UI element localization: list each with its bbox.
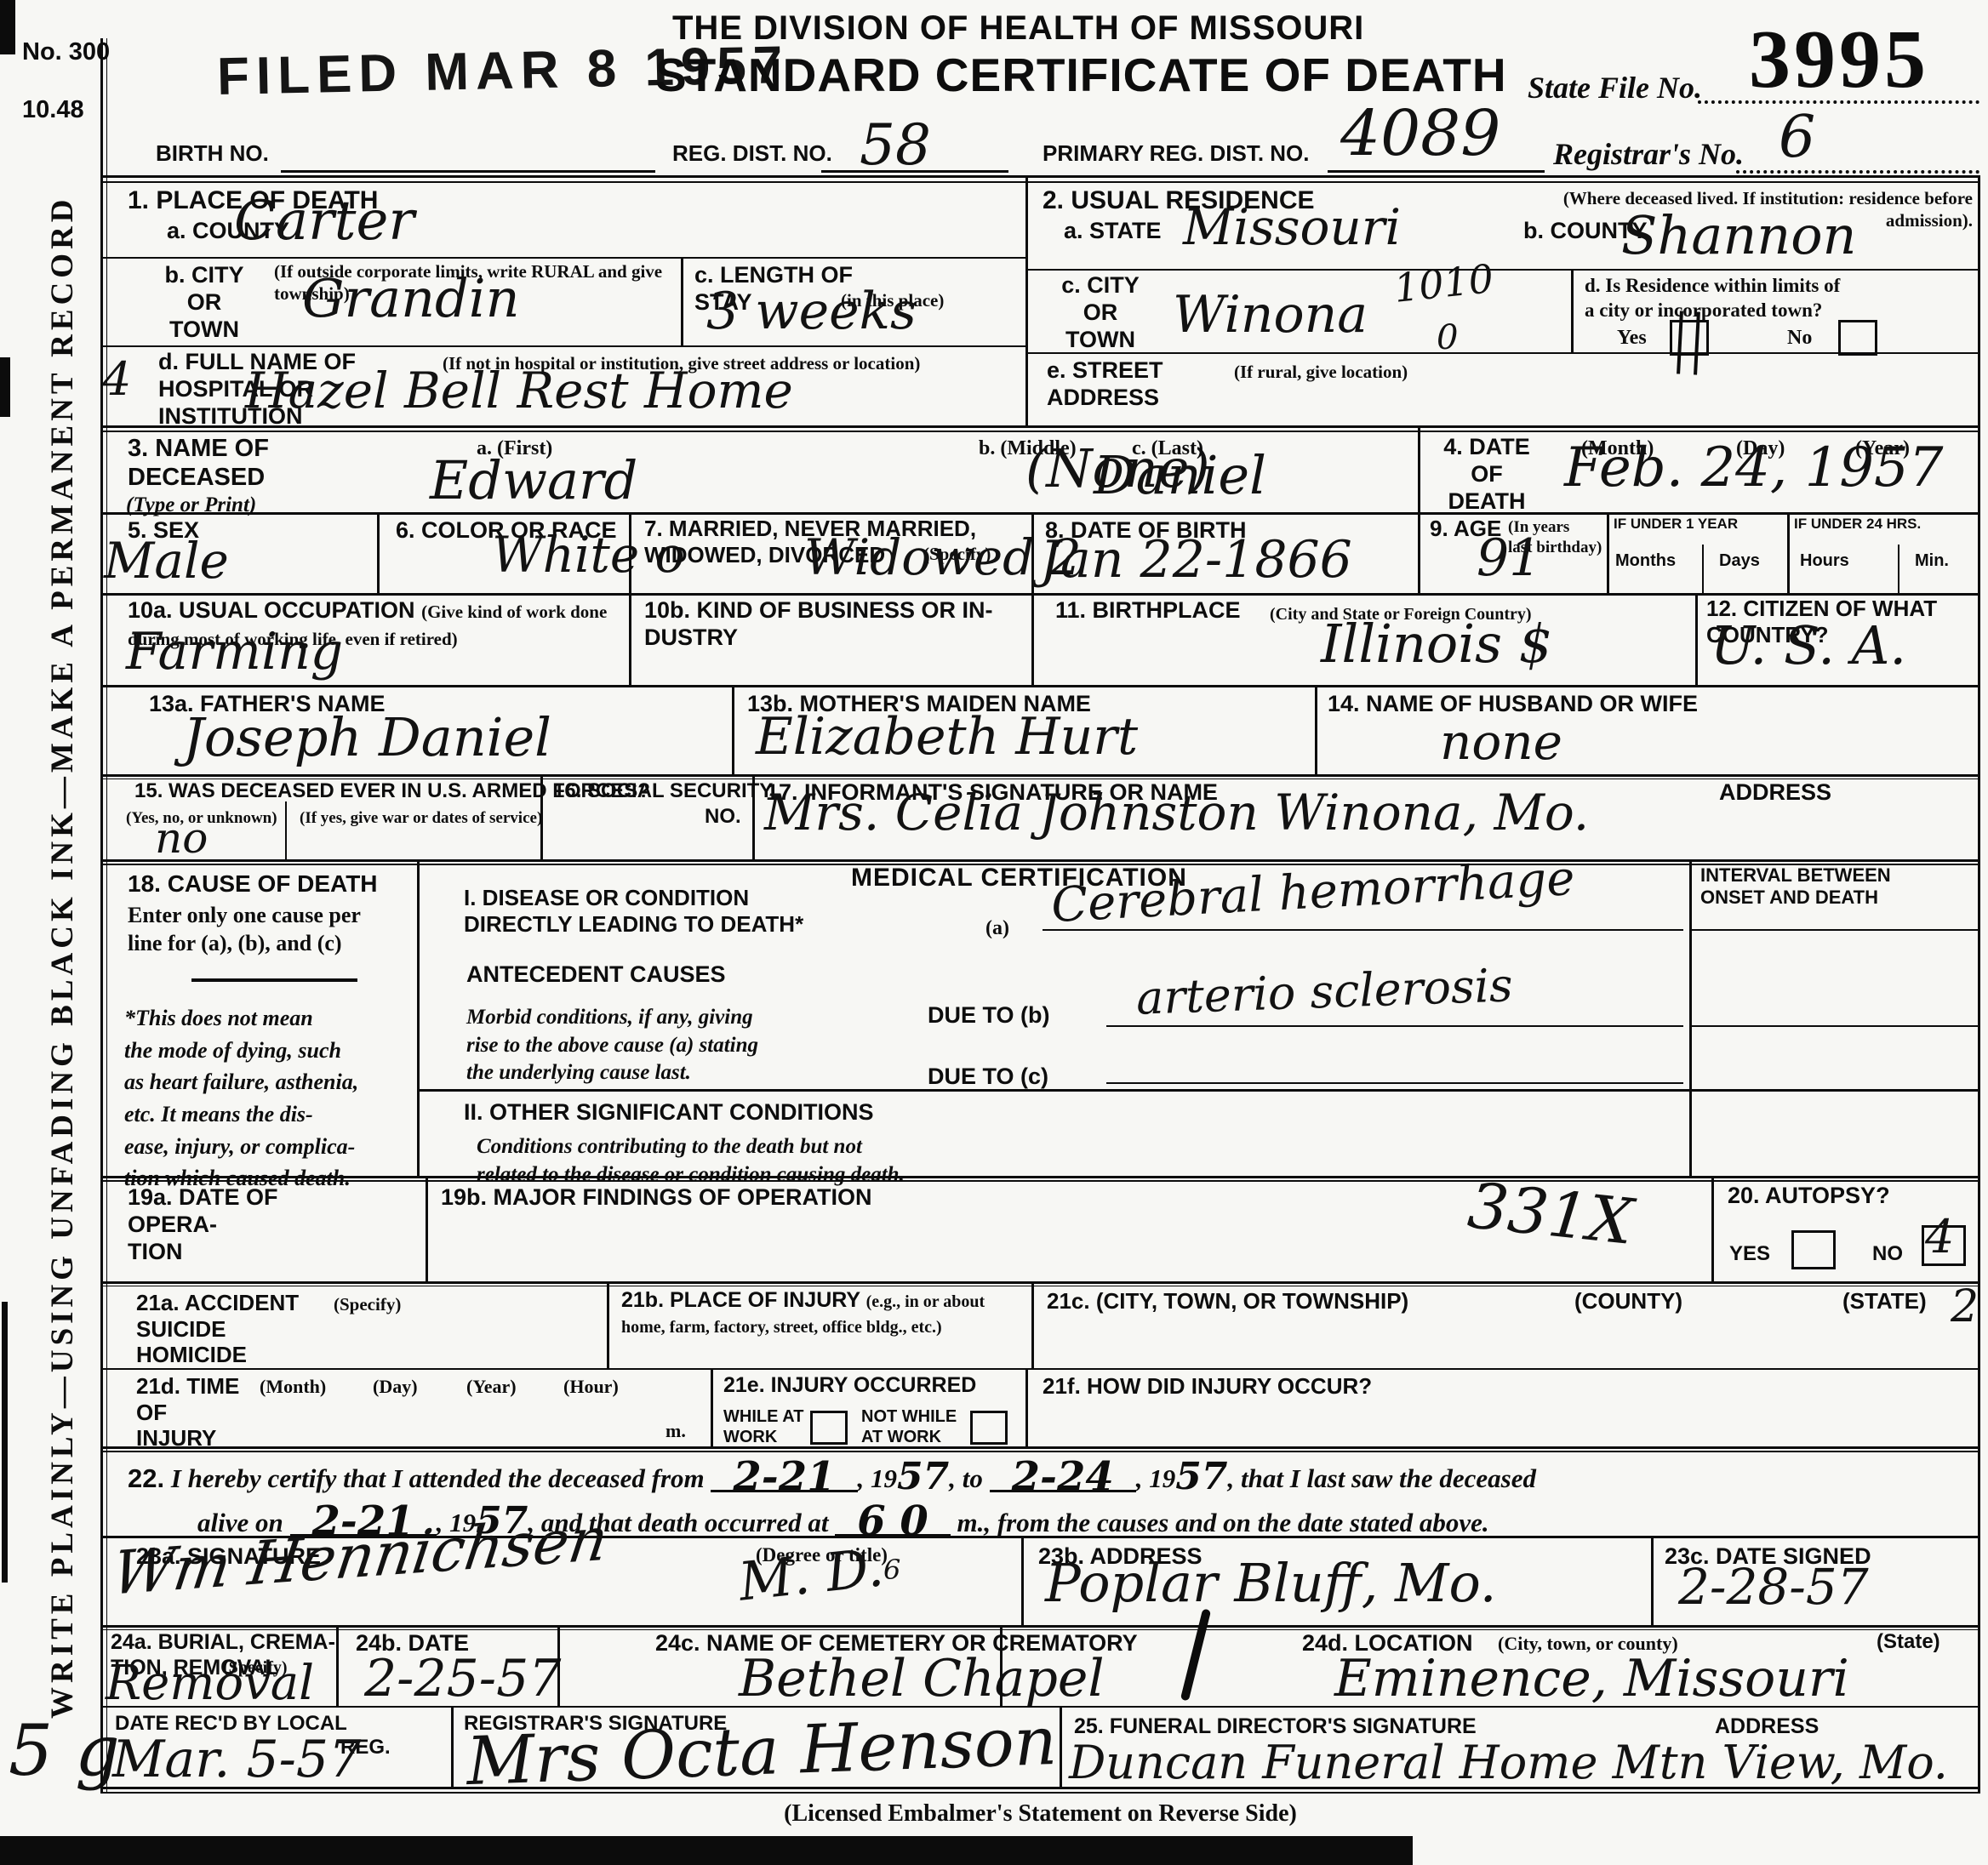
cause-instruction2: *This does not mean the mode of dying, s…	[124, 1002, 358, 1195]
divider	[540, 774, 543, 859]
cert-t2: , 19	[858, 1463, 898, 1493]
physician-signature: Wm Hennichsen	[109, 1510, 611, 1602]
registrar-no-line	[1736, 170, 1979, 174]
divider	[1031, 1281, 1034, 1368]
divider	[1315, 685, 1317, 774]
while-at-work-label: WHILE AT WORK	[723, 1407, 803, 1447]
reg-dist-line	[821, 170, 1008, 173]
citizen-value: U. S. A.	[1711, 621, 1906, 671]
form-code: 10.48	[22, 95, 84, 124]
divider	[1418, 512, 1420, 593]
business-label: 10b. KIND OF BUSINESS OR IN- DUSTRY	[644, 597, 1027, 652]
autopsy-no-label: NO	[1872, 1242, 1903, 1266]
divider	[1787, 512, 1790, 593]
injury-county-label: (COUNTY)	[1574, 1288, 1682, 1315]
cert-t3: , to	[949, 1463, 983, 1493]
divider	[681, 257, 683, 345]
date-signed-value: 2-28-57	[1678, 1564, 1869, 1611]
divider	[1607, 512, 1609, 593]
residence-city-note2: 0	[1437, 322, 1458, 354]
due-c-label: DUE TO (c)	[928, 1064, 1048, 1091]
due-b-line	[1106, 1025, 1683, 1027]
date-of-death-label: 4. DATE OF DEATH	[1423, 434, 1551, 516]
residence-no-checkbox	[1838, 320, 1877, 356]
rule	[100, 345, 1025, 347]
rule	[100, 431, 1980, 432]
death-certificate-scan: No. 300 10.48 WRITE PLAINLY—USING UNFADI…	[0, 0, 1988, 1865]
not-while-at-work-label: NOT WHILE AT WORK	[861, 1407, 957, 1447]
division-title: THE DIVISION OF HEALTH OF MISSOURI	[672, 9, 1364, 48]
rule	[100, 425, 1980, 428]
rule	[1025, 352, 1979, 354]
hours-label: Hours	[1800, 551, 1849, 572]
dob-value: Jan 22-1866	[1040, 536, 1352, 585]
cert-no: 22.	[128, 1463, 164, 1493]
accident-label: 21a. ACCIDENT SUICIDE HOMICIDE	[136, 1290, 315, 1368]
father-value: Joseph Daniel	[183, 713, 551, 763]
how-injury-label: 21f. HOW DID INJURY OCCUR?	[1043, 1373, 1372, 1400]
deceased-name-hint: (Type or Print)	[126, 492, 256, 520]
burial-type-value: Removal	[106, 1661, 314, 1706]
rule	[100, 685, 1980, 687]
months-label: Months	[1615, 551, 1676, 572]
registrar-sig-value: Mrs Octa Henson	[466, 1710, 1058, 1794]
divider	[1711, 1176, 1714, 1281]
birth-no-label: BIRTH NO.	[156, 140, 269, 167]
footer-note: (Licensed Embalmer's Statement on Revers…	[100, 1799, 1980, 1828]
autopsy-no-mark: 4	[1925, 1215, 1954, 1258]
residence-yes-label: Yes	[1617, 325, 1647, 351]
burial-location-state-label: (State)	[1877, 1630, 1940, 1654]
interval-line	[1689, 1025, 1979, 1027]
stay-value: 3 weeks	[706, 288, 917, 336]
divider	[629, 512, 631, 593]
divider	[711, 1368, 713, 1446]
birthplace-label: 11. BIRTHPLACE	[1055, 597, 1241, 625]
cert-t4: , 19	[1136, 1463, 1176, 1493]
cert-t5: , that I last saw the deceased	[1227, 1463, 1536, 1493]
rule	[100, 859, 1980, 862]
rule	[100, 1286, 1980, 1286]
birthplace-value: Illinois $	[1321, 619, 1552, 670]
divider	[451, 1706, 454, 1787]
interval-label: INTERVAL BETWEEN ONSET AND DEATH	[1700, 864, 1891, 909]
divider	[1689, 859, 1692, 1176]
divider	[607, 1281, 609, 1368]
injury-city-label: 21c. (CITY, TOWN, OR TOWNSHIP)	[1047, 1288, 1408, 1315]
operation-date-label: 19a. DATE OF OPERA- TION	[128, 1184, 357, 1266]
form-right-border	[1978, 175, 1980, 1792]
mother-value: Elizabeth Hurt	[756, 713, 1138, 761]
injury-place-label: 21b. PLACE OF INJURY (e.g., in or about …	[621, 1288, 1030, 1338]
rule	[100, 1625, 1980, 1628]
birth-no-line	[281, 170, 655, 173]
margin-instruction: WRITE PLAINLY—USING UNFADING BLACK INK—M…	[44, 195, 81, 1719]
rule	[417, 1089, 1979, 1092]
ssn-label: 16. SOCIAL SECURITY	[553, 779, 773, 803]
degree-mark: 6	[883, 1557, 900, 1583]
divider	[1025, 1368, 1028, 1446]
injury-occurred-label: 21e. INJURY OCCURRED	[723, 1373, 976, 1399]
residence-limits-label: d. Is Residence within limits of a city …	[1585, 274, 1840, 323]
cert-to-date: 2-24	[990, 1465, 1136, 1492]
residence-city-label: c. CITY OR TOWN	[1045, 272, 1156, 354]
injury-year-label: (Year)	[466, 1375, 517, 1399]
injury-place-label-text: 21b. PLACE OF INJURY	[621, 1288, 860, 1312]
county-value: Carter	[234, 196, 414, 248]
deceased-name-label: 3. NAME OF DECEASED	[128, 434, 269, 492]
rule	[100, 257, 1025, 259]
registrar-no-label: Registrar's No.	[1553, 136, 1744, 172]
burial-date-value: 2-25-57	[364, 1655, 561, 1703]
first-name-value: Edward	[430, 456, 637, 506]
divider	[1571, 269, 1574, 352]
state-file-number: 3995	[1749, 12, 1929, 107]
primary-reg-value: 4089	[1340, 104, 1500, 163]
divider	[1060, 1706, 1062, 1787]
scan-artifact	[0, 0, 15, 54]
divider	[1031, 512, 1034, 593]
registrar-no-value: 6	[1779, 111, 1815, 166]
physician-degree: M. D.	[736, 1543, 885, 1607]
cert-to-year: 57	[1175, 1466, 1227, 1488]
ssn-label-no: NO.	[705, 805, 741, 829]
cert-from-date: 2-21	[711, 1465, 857, 1492]
rule	[100, 1176, 1980, 1178]
days-label: Days	[1719, 551, 1760, 572]
rule	[100, 774, 1980, 777]
divider	[1418, 427, 1420, 512]
residence-state-value: Missouri	[1183, 204, 1401, 251]
cause-section-label: 18. CAUSE OF DEATH	[128, 870, 378, 898]
city-value: Grandin	[302, 274, 520, 324]
rule	[100, 1792, 1980, 1794]
residence-state-label: a. STATE	[1064, 218, 1162, 245]
primary-reg-line	[1328, 170, 1545, 173]
cert-death-time: 6 0	[835, 1509, 951, 1537]
autopsy-yes-label: YES	[1729, 1242, 1770, 1266]
residence-yes-mark	[1677, 311, 1700, 374]
cert-t1: I hereby certify that I attended the dec…	[171, 1463, 705, 1493]
rule	[100, 512, 1980, 515]
divider	[285, 801, 287, 859]
divider	[629, 593, 631, 685]
divider	[557, 1625, 560, 1706]
divider	[1695, 593, 1698, 685]
funeral-director-value: Duncan Funeral Home Mtn View, Mo.	[1069, 1741, 1948, 1784]
rule	[191, 978, 357, 982]
scan-artifact	[0, 357, 10, 417]
rule	[100, 1451, 1980, 1452]
operation-findings-note: 331X	[1465, 1176, 1636, 1252]
antecedent-label: ANTECEDENT CAUSES	[466, 961, 726, 989]
divider	[732, 685, 734, 774]
due-b-label: DUE TO (b)	[928, 1002, 1050, 1029]
occupation-value: Farming	[126, 628, 343, 676]
autopsy-yes-checkbox	[1791, 1230, 1836, 1269]
date-of-death-value: Feb. 24, 1957	[1564, 442, 1943, 494]
form-left-border-inner	[106, 38, 107, 1792]
injury-state-label: (STATE)	[1842, 1288, 1927, 1315]
armed-forces-hint2: (If yes, give war or dates of service)	[300, 808, 542, 829]
rule	[100, 175, 1980, 178]
interval-line	[1689, 929, 1979, 931]
under24-label: IF UNDER 24 HRS.	[1794, 516, 1921, 533]
divider	[1000, 1625, 1003, 1706]
operation-findings-label: 19b. MAJOR FINDINGS OF OPERATION	[441, 1184, 872, 1212]
injury-hour-label: (Hour)	[563, 1375, 619, 1399]
under1-label: IF UNDER 1 YEAR	[1614, 516, 1738, 533]
divider	[417, 859, 420, 1176]
rule	[100, 1787, 1980, 1789]
injury-month-label: (Month)	[260, 1375, 326, 1399]
reg-dist-label: REG. DIST. NO.	[672, 140, 832, 167]
due-b-value: arterio sclerosis	[1135, 963, 1513, 1020]
divider	[426, 1176, 428, 1281]
disease-sub-label: (a)	[985, 915, 1009, 941]
burial-location-value: Eminence, Missouri	[1334, 1655, 1849, 1703]
age-value: 91	[1477, 534, 1541, 583]
street-hint: (If rural, give location)	[1234, 361, 1408, 383]
street-label: e. STREET ADDRESS	[1047, 357, 1163, 412]
ink-scribble	[1180, 1608, 1211, 1701]
rule	[100, 1281, 1980, 1284]
certification-line1: 22. I hereby certify that I attended the…	[128, 1462, 1536, 1494]
residence-no-label: No	[1787, 325, 1812, 351]
divider	[752, 774, 755, 859]
cemetery-value: Bethel Chapel	[739, 1655, 1105, 1703]
sex-value: Male	[104, 538, 229, 585]
divider	[1021, 1536, 1024, 1625]
injury-m-label: m.	[666, 1419, 686, 1443]
scan-artifact-bottom-bar	[0, 1836, 1413, 1865]
spouse-value: none	[1440, 719, 1562, 766]
not-while-at-work-checkbox	[970, 1411, 1008, 1445]
divider	[1031, 593, 1034, 685]
rule	[100, 181, 1980, 183]
residence-city-value: Winona	[1173, 291, 1368, 339]
armed-forces-value: no	[155, 818, 208, 859]
rule	[100, 1368, 1980, 1370]
while-at-work-checkbox	[810, 1411, 848, 1445]
city-label: b. CITY OR TOWN	[149, 262, 260, 344]
divider	[377, 512, 380, 593]
date-recd-value: Mar. 5-57	[112, 1736, 361, 1784]
cause-instruction1: Enter only one cause per line for (a), (…	[128, 902, 361, 957]
divider	[1702, 545, 1704, 593]
primary-reg-label: PRIMARY REG. DIST. NO.	[1043, 140, 1310, 167]
antecedent-hint: Morbid conditions, if any, giving rise t…	[466, 1004, 758, 1087]
accident-hint: (Specify)	[334, 1293, 401, 1315]
certificate-title: STANDARD CERTIFICATE OF DEATH	[655, 48, 1507, 103]
injury-day-label: (Day)	[373, 1375, 418, 1399]
form-number: No. 300	[22, 37, 110, 66]
min-label: Min.	[1915, 551, 1949, 572]
physician-address-value: Poplar Bluff, Mo.	[1045, 1559, 1496, 1609]
state-file-label: State File No.	[1528, 70, 1702, 106]
institution-value: Hazel Bell Rest Home	[245, 368, 793, 414]
rule	[1025, 269, 1979, 271]
informant-address-label: ADDRESS	[1719, 779, 1831, 807]
injury-state-mark: 2	[1951, 1286, 1979, 1328]
reg-dist-value: 58	[860, 119, 931, 173]
corner-handwritten-mark: 5 g	[9, 1719, 120, 1785]
autopsy-label: 20. AUTOPSY?	[1728, 1183, 1890, 1210]
due-c-line	[1106, 1082, 1683, 1084]
occupation-label-text: 10a. USUAL OCCUPATION	[128, 597, 415, 623]
residence-city-note: 1010	[1392, 260, 1495, 308]
center-divider	[1025, 175, 1028, 427]
rule	[100, 1180, 1980, 1182]
cert-t9: m., from the causes and on the date stat…	[957, 1508, 1488, 1537]
last-name-value: Daniel	[1094, 451, 1266, 501]
divider	[1898, 545, 1899, 593]
rule	[100, 593, 1980, 596]
disease-label: I. DISEASE OR CONDITION DIRECTLY LEADING…	[464, 885, 803, 937]
form-left-border	[100, 38, 103, 1792]
informant-value: Mrs. Celia Johnston Winona, Mo.	[764, 790, 1589, 836]
other-conditions-label: II. OTHER SIGNIFICANT CONDITIONS	[464, 1099, 874, 1126]
rule	[100, 1446, 1980, 1449]
divider	[1651, 1536, 1654, 1625]
divider	[336, 1625, 339, 1706]
disease-line	[1043, 929, 1683, 931]
cert-from-year: 57	[897, 1466, 949, 1488]
residence-county-value: Shannon	[1621, 211, 1857, 261]
scan-artifact	[2, 1302, 8, 1583]
